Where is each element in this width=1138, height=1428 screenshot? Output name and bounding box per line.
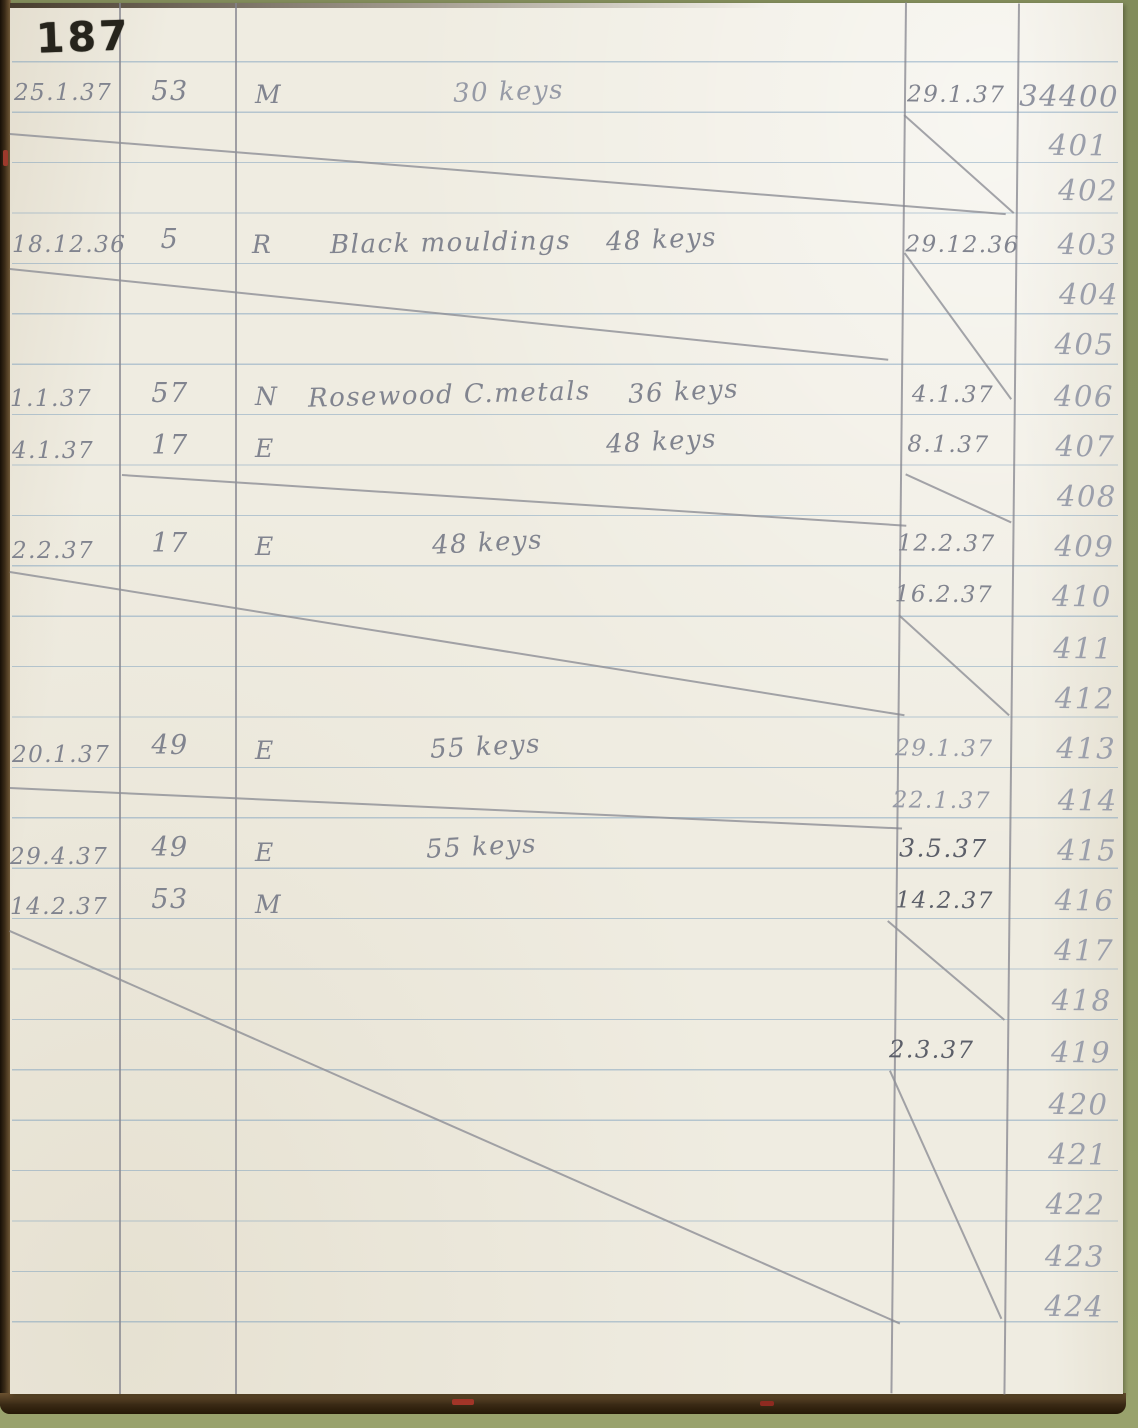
entry-8-date-out: 3.5.37 bbox=[899, 833, 988, 863]
serial-number: 419 bbox=[999, 1034, 1111, 1069]
entry-4-date-out: 12.2.37 bbox=[897, 530, 996, 557]
serial-number: 413 bbox=[1004, 730, 1116, 765]
serial-number: 405 bbox=[1002, 326, 1114, 361]
entry-9-date-out: 14.2.37 bbox=[895, 887, 994, 914]
red-paint-speck bbox=[760, 1401, 774, 1406]
serial-number: 416 bbox=[1002, 882, 1114, 917]
serial-number: 412 bbox=[1003, 680, 1115, 715]
entry-1-date-out: 29.12.36 bbox=[905, 231, 1020, 258]
serial-number: 415 bbox=[1005, 832, 1117, 867]
serial-number: 401 bbox=[996, 127, 1108, 162]
crossout-line bbox=[904, 252, 1012, 399]
entry-0-date-out: 29.1.37 bbox=[907, 81, 1006, 108]
entry-6-date-out: 29.1.37 bbox=[895, 735, 994, 762]
serial-number: 404 bbox=[1007, 276, 1119, 311]
serial-number: 411 bbox=[1001, 630, 1113, 665]
column-rule-3 bbox=[890, 2, 906, 1393]
serial-number: 414 bbox=[1005, 782, 1117, 817]
crossout-line bbox=[905, 473, 1011, 522]
red-paint-speck bbox=[3, 150, 8, 166]
serial-number: 420 bbox=[996, 1086, 1108, 1121]
entry-2-date-out: 4.1.37 bbox=[912, 381, 994, 408]
book-binding-bottom-edge bbox=[0, 1393, 1126, 1414]
serial-number: 406 bbox=[1002, 378, 1114, 413]
serial-number: 402 bbox=[1006, 172, 1118, 207]
crossout-line bbox=[887, 920, 1005, 1020]
crossout-line bbox=[889, 1070, 1002, 1319]
serial-number: 34400 bbox=[1007, 78, 1119, 113]
serial-number: 409 bbox=[1002, 528, 1114, 563]
serial-number: 422 bbox=[993, 1186, 1105, 1221]
ledger-page: 187 25.1.37 53 M 30 keys 18.12.36 5 R Bl… bbox=[10, 3, 1123, 1394]
serial-number: 403 bbox=[1005, 226, 1117, 261]
entry-5-date-out: 16.2.37 bbox=[895, 581, 994, 608]
serial-number: 418 bbox=[999, 982, 1111, 1017]
right-columns: 29.1.37 29.12.36 4.1.37 8.1.37 12.2.37 1… bbox=[0, 0, 1123, 1396]
serial-number: 421 bbox=[996, 1136, 1108, 1171]
entry-10-date-out: 2.3.37 bbox=[889, 1035, 975, 1064]
entry-3-date-out: 8.1.37 bbox=[907, 431, 989, 458]
crossout-line bbox=[899, 614, 1010, 715]
entry-7-date-out: 22.1.37 bbox=[893, 787, 992, 814]
serial-number: 423 bbox=[993, 1238, 1105, 1273]
serial-number: 424 bbox=[992, 1288, 1104, 1323]
serial-number: 410 bbox=[1000, 578, 1112, 613]
serial-number: 407 bbox=[1003, 428, 1115, 463]
red-paint-speck bbox=[452, 1399, 474, 1405]
serial-number: 417 bbox=[1002, 932, 1114, 967]
serial-number: 408 bbox=[1005, 478, 1117, 513]
